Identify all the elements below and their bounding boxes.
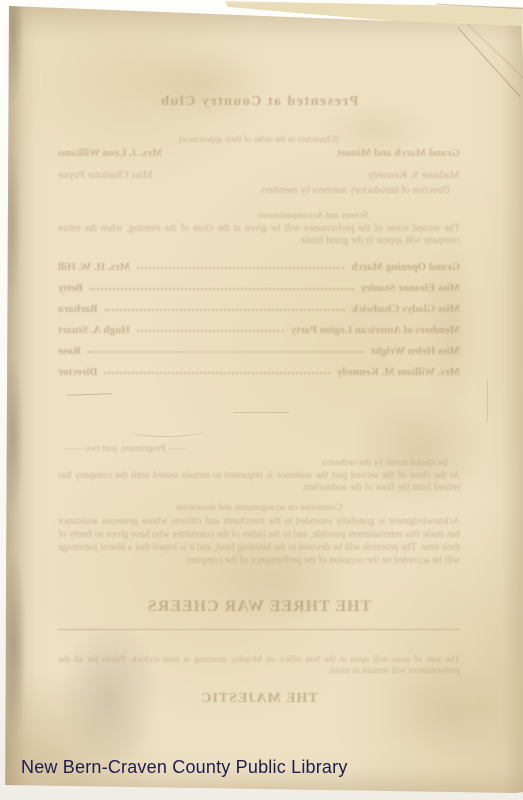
showthrough-cast-list: Grand Opening MarchMrs. H. W. Hill Miss … [58,252,460,378]
worn-left-edge [6,5,30,787]
showthrough-paren-line: (Characters in the order of their appear… [58,134,460,144]
dotted-leader [137,267,344,269]
dotted-leader [105,309,345,311]
showthrough-cast-row: Members of American Legion PartyHugh A. … [58,315,460,336]
mirrored-showthrough-text: Presented at Country Club (Characters in… [58,92,460,717]
cast-left: Members of American Legion Party [291,324,460,336]
cast-right: Director [58,366,98,378]
cast-right: Betty [58,282,83,294]
dotted-leader [137,330,284,332]
cast-right: Hugh A. Stuart [58,324,130,336]
dotted-leader [105,372,330,374]
showthrough-cast-row: Miss Eleanor StanleyBetty [58,273,460,294]
showthrough-paragraph: The sale of seats will open at the box o… [58,655,460,677]
showthrough-row-left: Madame S. Kennedy [367,169,460,181]
dotted-leader [88,351,365,353]
corner-crease-line [457,27,520,97]
showthrough-row: Madame S. Kennedy Miss Charlotte Payne [58,169,460,181]
faint-scratch-mark [487,380,488,422]
showthrough-direction-line: Direction of introductory numbers by mem… [58,185,460,196]
cast-right: Barbara [58,303,98,315]
showthrough-row-right: Mrs. J. Leon Williams [58,147,162,159]
cast-left: Miss Helen Wright [371,345,460,357]
showthrough-row-left: Grand March and Minuet [337,147,460,159]
showthrough-paragraph: The second scene of the performance will… [58,223,460,246]
showthrough-cast-row: Mrs. William M. KennedyDirector [58,357,460,378]
library-watermark-caption: New Bern-Craven County Public Library [21,757,348,778]
showthrough-intermission-line: —— Programme, part two —— [58,444,460,454]
cast-left: Miss Eleanor Stanley [361,282,460,294]
booklet-page-verso: Presented at Country Club (Characters in… [0,0,523,800]
showthrough-music-line: Incidental music by the orchestra [58,458,460,468]
showthrough-scene-line: Scenes and Accompaniments [58,211,460,221]
scanned-page: Presented at Country Club (Characters in… [0,0,523,800]
cast-left: Miss Gladys Chadwick [352,303,460,315]
showthrough-paragraph: Acknowledgment is gratefully extended to… [58,515,460,567]
showthrough-committee-line: Committee on arrangements and decoration [58,503,460,513]
showthrough-cast-row: Miss Gladys ChadwickBarbara [58,294,460,315]
showthrough-short-rule [58,629,460,630]
showthrough-row: Grand March and Minuet Mrs. J. Leon Will… [58,147,460,159]
showthrough-final-heading: THE MAJESTIC [58,691,460,707]
corner-crease-line [466,23,523,83]
showthrough-title: Presented at Country Club [58,94,460,110]
showthrough-cast-row: Grand Opening MarchMrs. H. W. Hill [58,252,460,273]
showthrough-big-heading: THE THREE WAR CHEERS [58,598,460,616]
cast-right: Rose [58,345,81,357]
showthrough-row-right: Miss Charlotte Payne [58,169,153,181]
cast-left: Mrs. William M. Kennedy [337,366,460,378]
showthrough-paragraph: At the close of the second part the audi… [58,470,460,493]
showthrough-cast-row: Miss Helen WrightRose [58,336,460,357]
dotted-leader [90,288,354,290]
cast-left: Grand Opening March [351,261,460,273]
cast-right: Mrs. H. W. Hill [58,261,130,273]
